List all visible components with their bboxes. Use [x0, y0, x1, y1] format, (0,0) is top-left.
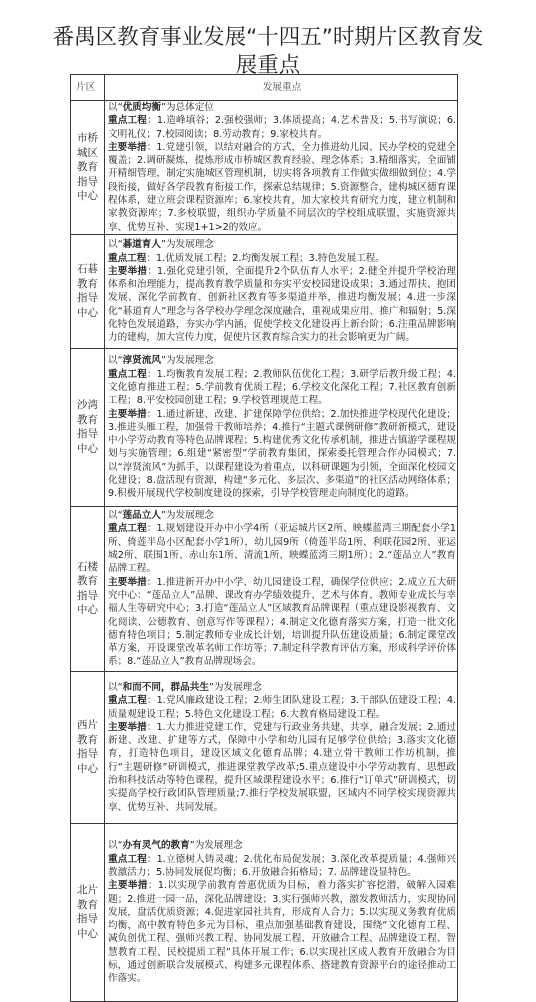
- measures-text: ：1.强化党建引领，全面提升2个队伍育人水平；2.健全并提升学校治理体系和治理能…: [108, 266, 456, 343]
- intro-suffix: ”为发展理念: [161, 510, 214, 521]
- measures-label: 主要举措: [108, 266, 147, 277]
- measures-paragraph: 主要举措：1.以实现学前教育普惠优质为目标，着力落实扩容挖潜，破解入园难题；2.…: [108, 879, 456, 985]
- intro-prefix: 以“: [108, 102, 123, 113]
- intro-line: 以“优质均衡”为总体定位: [108, 101, 456, 114]
- header-focus: 发展重点: [105, 75, 458, 101]
- projects-label: 重点工程: [108, 253, 146, 264]
- intro-suffix: ”为发展理念: [161, 239, 214, 250]
- intro-prefix: 以“: [108, 510, 123, 521]
- measures-text: ：1.大力推进党建工作，党建与行政业务共建、共享，融合发展；2.通过新建、改建、…: [108, 722, 456, 813]
- intro-line: 以“淳贤流风”为发展理念: [108, 354, 456, 367]
- projects-text: ：1.党风廉政建设工程；2.师生团队建设工程；3.干部队伍建设工程；4.质量观建…: [108, 695, 456, 719]
- projects-label: 重点工程: [108, 695, 147, 706]
- intro-suffix: ”为发展理念: [209, 682, 262, 693]
- measures-label: 主要举措: [108, 142, 147, 153]
- intro-tag: 淳贤流风: [123, 355, 161, 366]
- projects-text: ：1.立德树人铸灵魂；2.优化布局促发展；3.深化改革提质量；4.强师兴教激活力…: [108, 854, 456, 878]
- intro-tag: 和而不同，群品共生: [123, 682, 209, 693]
- projects-text: ：1.造峰填谷；2.强校强师；3.体质提高；4.艺术普及；5.书写演说；6.文明…: [108, 115, 456, 139]
- intro-line: 以“和而不同，群品共生”为发展理念: [108, 681, 456, 694]
- header-area: 片区: [71, 75, 105, 101]
- intro-tag: 莲品立人: [123, 510, 161, 521]
- measures-text: ：1.推进新开办中小学、幼儿园建设工程，确保学位供应；2.成立五大研究中心：“莲…: [108, 577, 456, 668]
- projects-paragraph: 重点工程：1.规划建设开办中小学4所（亚运城片区2所、映蝶蓝湾三期配套小学1所、…: [108, 522, 456, 575]
- projects-label: 重点工程: [108, 523, 147, 534]
- intro-prefix: 以“: [108, 355, 123, 366]
- projects-paragraph: 重点工程：1.优质发展工程；2.均衡发展工程；3.特色发展工程。: [108, 252, 456, 265]
- projects-paragraph: 重点工程：1.均衡教育发展工程；2.教师队伍优化工程；3.研学后教升级工程；4.…: [108, 368, 456, 408]
- measures-label: 主要举措: [108, 722, 147, 733]
- measures-text: ：1.通过新建、改建、扩建保障学位供给；2.加快推进学校现代化建设；3.推进头雁…: [108, 409, 456, 500]
- projects-text: ：1.优质发展工程；2.均衡发展工程；3.特色发展工程。: [146, 253, 385, 264]
- area-cell: 北片教育指导中心: [71, 823, 105, 1000]
- area-cell: 西片教育指导中心: [71, 671, 105, 823]
- measures-paragraph: 主要举措：1.强化党建引领，全面提升2个队伍育人水平；2.健全并提升学校治理体系…: [108, 265, 456, 345]
- table-header-row: 片区 发展重点: [71, 75, 458, 101]
- measures-text: ：1.以实现学前教育普惠优质为目标，着力落实扩容挖潜，破解入园难题；2.推进一园…: [108, 880, 456, 984]
- intro-tag: 办有灵气的教育: [123, 840, 190, 851]
- intro-prefix: 以“: [108, 840, 123, 851]
- projects-paragraph: 重点工程：1.造峰填谷；2.强校强师；3.体质提高；4.艺术普及；5.书写演说；…: [108, 114, 456, 141]
- table-row: 沙湾教育指导中心 以“淳贤流风”为发展理念 重点工程：1.均衡教育发展工程；2.…: [71, 348, 458, 506]
- intro-prefix: 以“: [108, 239, 123, 250]
- focus-cell: 以“和而不同，群品共生”为发展理念 重点工程：1.党风廉政建设工程；2.师生团队…: [105, 671, 458, 823]
- table-row: 市桥城区教育指导中心 以“优质均衡”为总体定位 重点工程：1.造峰填谷；2.强校…: [71, 101, 458, 235]
- district-focus-table: 片区 发展重点 市桥城区教育指导中心 以“优质均衡”为总体定位 重点工程：1.造…: [70, 74, 458, 1000]
- area-cell: 石碁教育指导中心: [71, 234, 105, 348]
- table-row: 石碁教育指导中心 以“碁道育人”为发展理念 重点工程：1.优质发展工程；2.均衡…: [71, 234, 458, 348]
- projects-paragraph: 重点工程：1.党风廉政建设工程；2.师生团队建设工程；3.干部队伍建设工程；4.…: [108, 694, 456, 721]
- table-row: 北片教育指导中心 以“办有灵气的教育”为发展理念 重点工程：1.立德树人铸灵魂；…: [71, 823, 458, 1000]
- intro-suffix: ”为总体定位: [161, 102, 214, 113]
- table-row: 石楼教育指导中心 以“莲品立人”为发展理念 重点工程：1.规划建设开办中小学4所…: [71, 506, 458, 671]
- intro-line: 以“碁道育人”为发展理念: [108, 238, 456, 251]
- measures-paragraph: 主要举措：1.推进新开办中小学、幼儿园建设工程，确保学位供应；2.成立五大研究中…: [108, 576, 456, 669]
- focus-cell: 以“碁道育人”为发展理念 重点工程：1.优质发展工程；2.均衡发展工程；3.特色…: [105, 234, 458, 348]
- projects-paragraph: 重点工程：1.立德树人铸灵魂；2.优化布局促发展；3.深化改革提质量；4.强师兴…: [108, 853, 456, 880]
- measures-label: 主要举措: [108, 880, 148, 891]
- area-cell: 石楼教育指导中心: [71, 506, 105, 671]
- projects-label: 重点工程: [108, 369, 147, 380]
- focus-cell: 以“办有灵气的教育”为发展理念 重点工程：1.立德树人铸灵魂；2.优化布局促发展…: [105, 823, 458, 1000]
- area-cell: 沙湾教育指导中心: [71, 348, 105, 506]
- intro-line: 以“办有灵气的教育”为发展理念: [108, 839, 456, 852]
- measures-label: 主要举措: [108, 577, 147, 588]
- focus-cell: 以“莲品立人”为发展理念 重点工程：1.规划建设开办中小学4所（亚运城片区2所、…: [105, 506, 458, 671]
- title-line-1: 番禺区教育事业发展“十四五”时期片区教育发: [53, 25, 484, 50]
- measures-paragraph: 主要举措：1.党建引领，以结对融合的方式，全力推进幼儿园、民办学校的党建全覆盖；…: [108, 141, 456, 234]
- focus-cell: 以“优质均衡”为总体定位 重点工程：1.造峰填谷；2.强校强师；3.体质提高；4…: [105, 101, 458, 235]
- intro-prefix: 以“: [108, 682, 123, 693]
- measures-paragraph: 主要举措：1.大力推进党建工作，党建与行政业务共建、共享，融合发展；2.通过新建…: [108, 721, 456, 814]
- document-title: 番禺区教育事业发展“十四五”时期片区教育发 展重点: [0, 24, 536, 80]
- measures-paragraph: 主要举措：1.通过新建、改建、扩建保障学位供给；2.加快推进学校现代化建设；3.…: [108, 408, 456, 501]
- intro-tag: 优质均衡: [123, 102, 161, 113]
- table-row: 西片教育指导中心 以“和而不同，群品共生”为发展理念 重点工程：1.党风廉政建设…: [71, 671, 458, 823]
- measures-label: 主要举措: [108, 409, 147, 420]
- area-cell: 市桥城区教育指导中心: [71, 101, 105, 235]
- projects-label: 重点工程: [108, 854, 147, 865]
- intro-suffix: ”为发展理念: [190, 840, 243, 851]
- projects-text: ：1.均衡教育发展工程；2.教师队伍优化工程；3.研学后教升级工程；4.文化德育…: [108, 369, 456, 407]
- intro-suffix: ”为发展理念: [161, 355, 214, 366]
- projects-text: ：1.规划建设开办中小学4所（亚运城片区2所、映蝶蓝湾三期配套小学1所、倚莲半岛…: [108, 523, 456, 574]
- intro-tag: 碁道育人: [123, 239, 161, 250]
- projects-label: 重点工程: [108, 115, 147, 126]
- intro-line: 以“莲品立人”为发展理念: [108, 509, 456, 522]
- measures-text: ：1.党建引领，以结对融合的方式，全力推进幼儿园、民办学校的党建全覆盖；2.调研…: [108, 142, 456, 233]
- focus-cell: 以“淳贤流风”为发展理念 重点工程：1.均衡教育发展工程；2.教师队伍优化工程；…: [105, 348, 458, 506]
